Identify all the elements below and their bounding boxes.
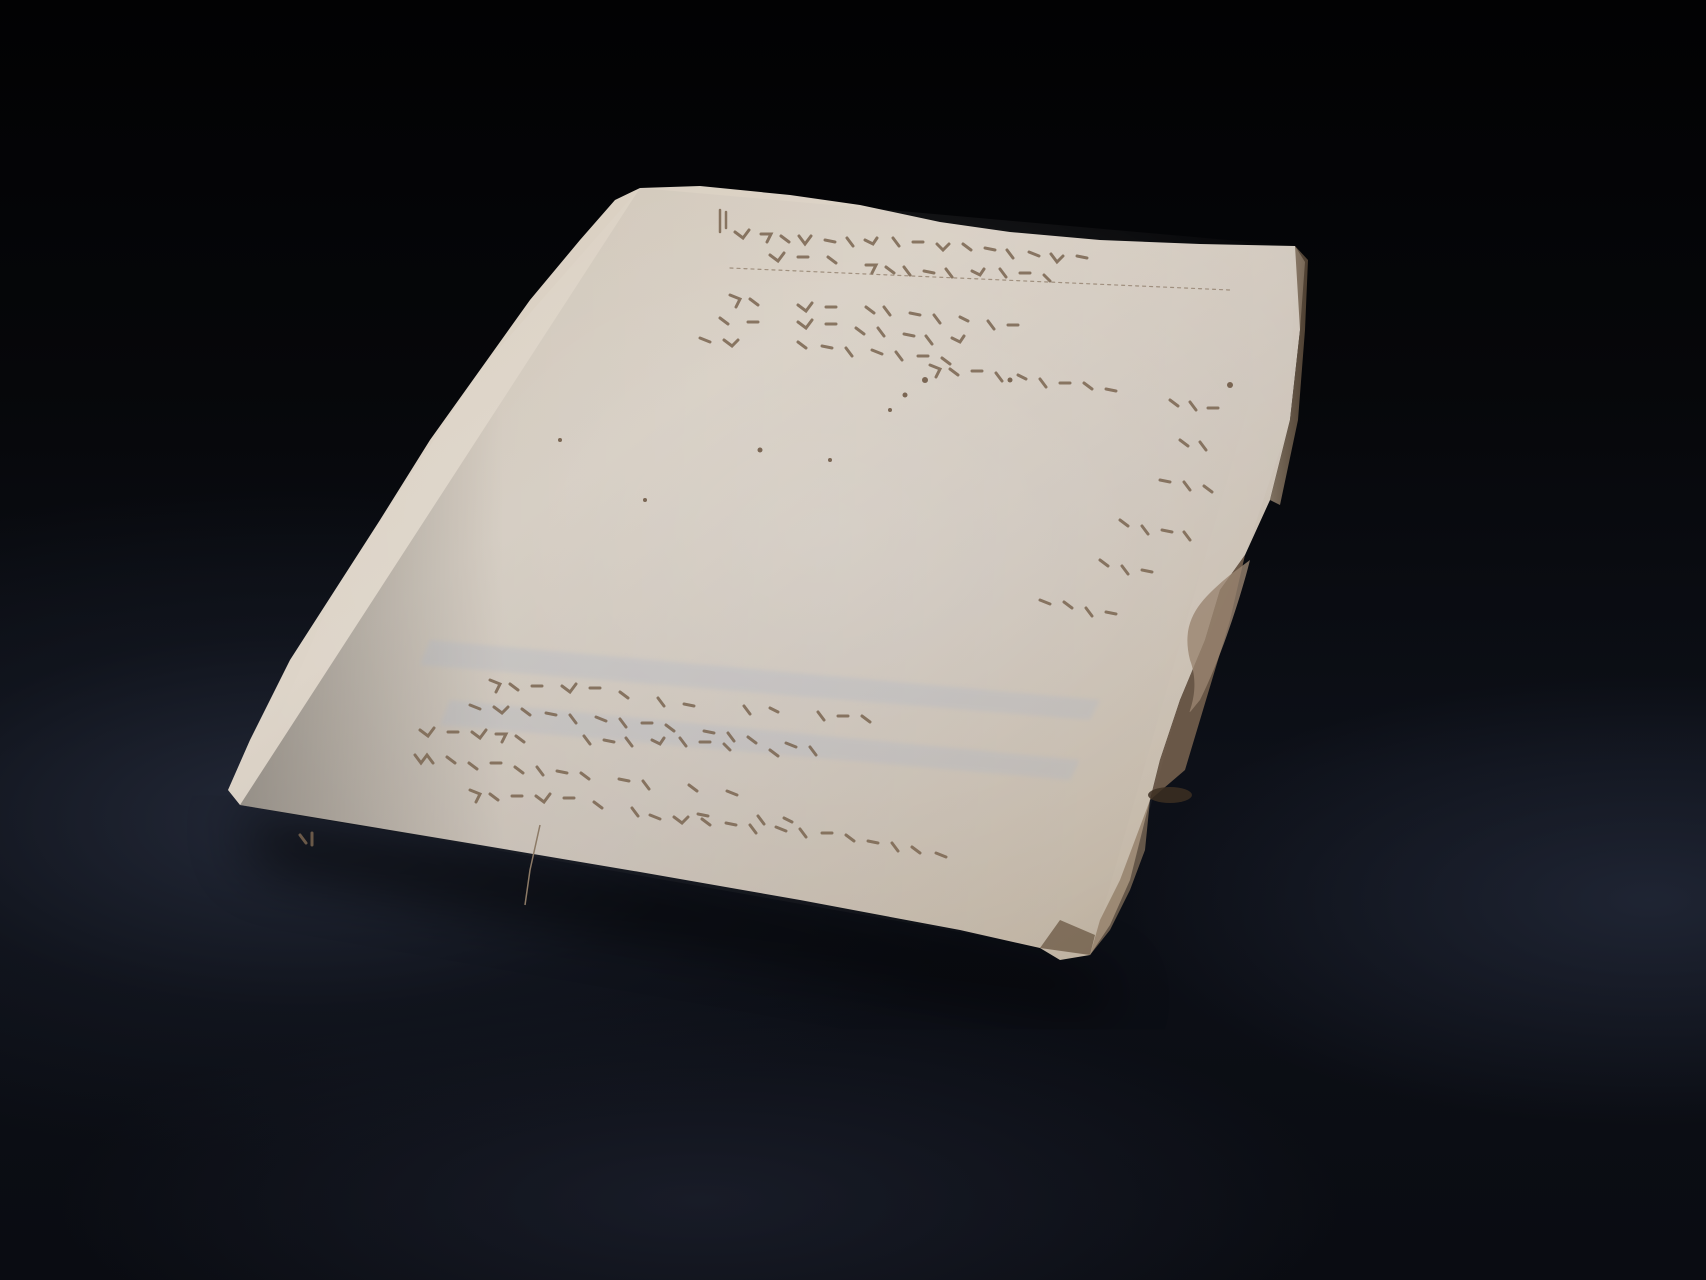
chip-mark [1148, 787, 1192, 803]
photo-scene [0, 0, 1706, 1280]
tablet-illustration [0, 0, 1706, 1280]
